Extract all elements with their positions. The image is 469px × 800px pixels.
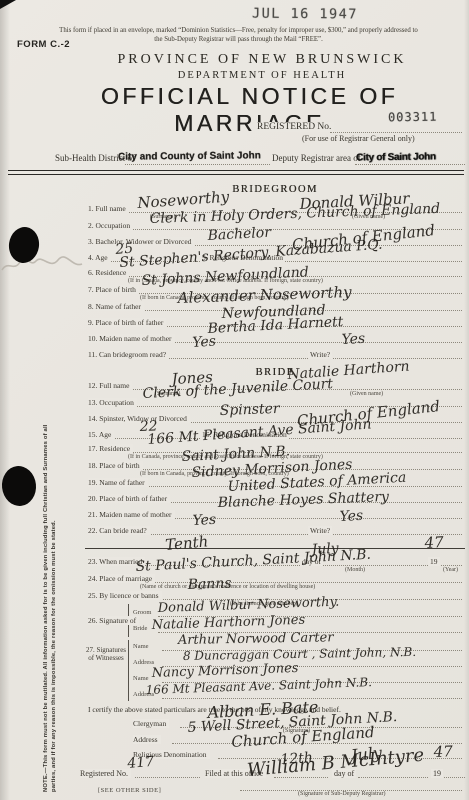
field-label-bride-occupation: 13. Occupation [88,398,137,407]
handwritten-marriage-year: 47 [424,535,444,551]
field-label-place-of-marriage: 24. Place of marriage [88,574,155,583]
section-divider-rule [85,548,465,549]
handwritten-witness2-name: Nancy Morrison Jones [152,662,299,680]
field-label-bride-write: Write? [308,526,332,535]
witness-address-label: Address [133,659,154,666]
field-label-bride-mother: 21. Maiden name of mother [88,510,175,519]
witnesses-divider-line [128,640,129,701]
registered-number-stamp: 003311 [388,110,438,125]
double-rule [8,170,464,175]
date-received-stamp: JUL 16 1947 [252,6,358,23]
handwritten-groom-father: Alexander Noseworthy [177,285,351,306]
field-label-groom-can-read: 11. Can bridegroom read? [88,350,169,359]
deputy-registrar-area-stamp: City of Saint John [356,151,436,163]
department-heading: DEPARTMENT OF HEALTH [55,70,469,81]
year-prefix: 19 [428,557,440,566]
handwritten-marriage-day: Tenth [165,534,209,553]
margin-note-line1: NOTE.—This form must not be mutilated. A… [42,262,50,792]
field-label-signature-of: 26. Signature of [88,616,139,625]
clergyman-address-label: Address [133,735,161,744]
field-label-groom-age: 4. Age [88,253,111,262]
sub-deputy-registrar-signature-hint: (Signature of Sub-Deputy Registrar) [298,791,385,798]
handwritten-groom-status: Bachelor [207,226,271,243]
field-label-groom-mother: 10. Maiden name of mother [88,334,175,343]
mail-notice-line1: This form if placed in an envelope, mark… [15,27,462,34]
clergyman-label: Clergyman [133,719,169,728]
bride-label: Bride [133,625,147,632]
handwritten-filed-year: 47 [433,744,453,760]
field-label-bride-father: 19. Name of father [88,478,148,487]
field-label-groom-status: 3. Bachelor, Widower or Divorced [88,237,194,246]
see-other-side-note: [SEE OTHER SIDE] [98,787,161,794]
form-number: FORM C.-2 [17,39,70,50]
scanned-marriage-form: JUL 16 1947 This form if placed in an en… [0,0,469,800]
dotted-line [125,164,270,165]
handwritten-bride-signature: Natalie Harthorn Jones [152,614,306,632]
registered-no-label: REGISTERED No. [257,122,334,132]
handwritten-licence-or-banns: Banns [188,576,232,592]
dotted-line [355,164,465,165]
field-label-groom-write: Write? [308,350,332,359]
given-name-hint: (Given name) [350,391,383,398]
province-heading: PROVINCE OF NEW BRUNSWICK [55,52,469,68]
field-label-groom-father: 8. Name of father [88,302,144,311]
field-label-bride-age: 15. Age [88,430,114,439]
field-label-groom-father-birthplace: 9. Place of birth of father [88,318,166,327]
mail-notice-line2: the Sub-Deputy Registrar will pass throu… [15,36,462,43]
field-label-groom-birthplace: 7. Place of birth [88,285,139,294]
registrar-general-note: (For use of Registrar General only) [302,134,415,143]
field-label-groom-occupation: 2. Occupation [88,221,133,230]
handwritten-registered-no: 417 [127,755,155,771]
field-label-witnesses: 27. Signatures of Witnesses [85,646,127,662]
month-hint: (Month) [345,567,365,574]
field-label-licence-or-banns: 25. By licence or banns [88,591,162,600]
field-label-bride-residence: 17. Residence [88,444,133,453]
handwritten-bride-status: Spinster [220,402,280,418]
dotted-line [135,777,200,778]
witness-name-label: Name [133,643,149,650]
deputy-registrar-label: Deputy Registrar area of [272,153,361,163]
margin-note: NOTE.—This form must not be mutilated. A… [42,262,58,792]
handwritten-groom-can-write: Yes [341,332,365,347]
groom-label: Groom [133,609,151,616]
handwritten-witness1-address: 8 Duncraggan Court , Saint John, N.B. [183,646,416,662]
year-hint: (Year) [443,567,458,574]
dotted-line [330,132,462,133]
handwritten-bride-can-read: Yes [192,513,216,528]
margin-note-line2: parties, and if for any reason this is i… [50,262,58,792]
dotted-line [358,777,428,778]
footer-year-prefix: 19 [431,769,443,778]
sub-health-district-stamp: City and County of Saint John [118,150,261,162]
handwritten-witness1-name: Arthur Norwood Carter [178,631,334,647]
field-label-bride-father-birthplace: 20. Place of birth of father [88,494,170,503]
corner-mark [0,0,16,9]
witness-name-label: Name [133,675,149,682]
field-label-bride-can-read: 22. Can bride read? [88,526,150,535]
field-label-bride-full-name: 12. Full name [88,381,132,390]
footer-registered-no-label: Registered No. [80,769,131,778]
field-label-bride-birthplace: 18. Place of birth [88,461,143,470]
handwritten-groom-can-read: Yes [192,334,216,350]
dotted-line [442,777,465,778]
field-label-groom-full-name: 1. Full name [88,204,129,213]
left-page-edge-shadow [0,0,10,800]
handwritten-bride-can-write: Yes [339,509,363,524]
